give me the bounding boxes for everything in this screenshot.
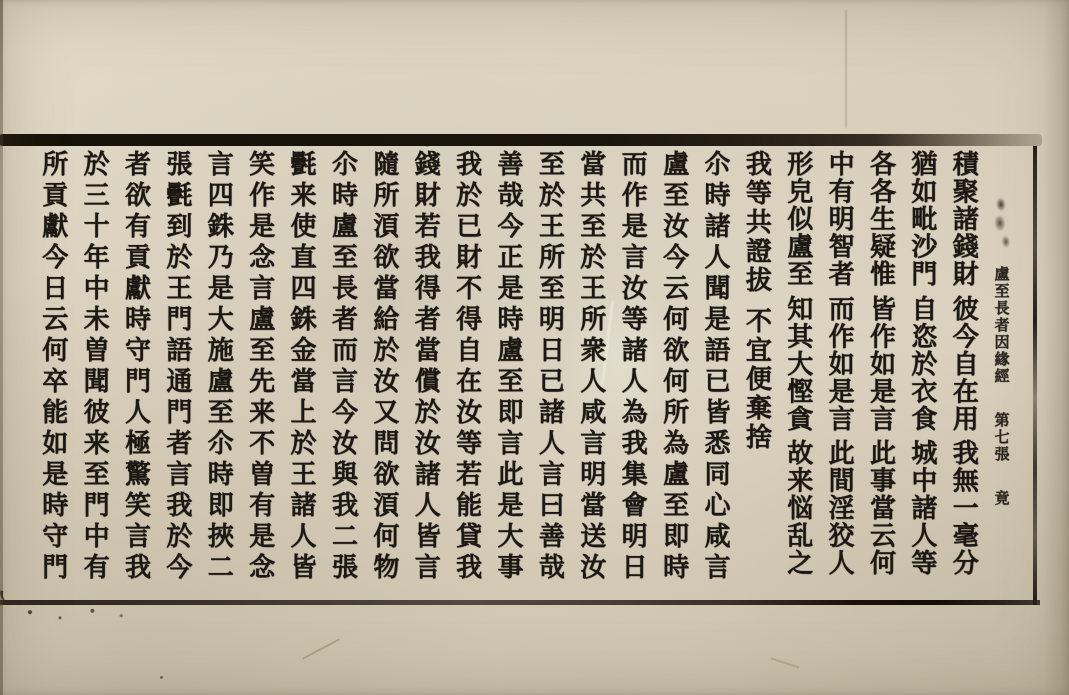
- text-segment: 知其大慳貪: [785, 295, 811, 433]
- text-column-text: 我於已財不得自在汝等若能貸我: [454, 150, 480, 584]
- text-segment: 皆作如是言: [868, 295, 894, 433]
- text-column-14: 錢財若我得者當償於汝諸人皆言: [405, 150, 446, 598]
- text-column-text: 盧至汝今云何欲何所為盧至即時: [661, 150, 687, 584]
- text-column-text: 㲲来使直四銖金當上於王諸人皆: [288, 150, 314, 584]
- sutra-page: 盧至長者因緣經 第七張 竟 積聚諸錢財彼今自在用我無一毫分猶如毗沙門自恣於衣食城…: [0, 0, 1069, 695]
- text-column-5: 形皃似盧至知其大慳貪故来悩乱之: [777, 150, 818, 598]
- text-column-18: 笑作是念言盧至先来不曽有是念: [239, 150, 280, 598]
- end-mark: 竟: [991, 490, 1012, 507]
- text-segment: 張㲲到於王門語通門者言我於今: [164, 150, 190, 584]
- text-segment: 盧至汝今云何欲何所為盧至即時: [661, 150, 687, 584]
- paper-fiber: [302, 638, 340, 659]
- text-column-13: 我於已財不得自在汝等若能貸我: [446, 150, 487, 598]
- text-column-text: 笑作是念言盧至先来不曽有是念: [247, 150, 273, 584]
- text-segment: 當共至於王所衆人咸言明當送汝: [578, 150, 604, 584]
- text-segment: 而作是言汝等諸人為我集會明日: [619, 150, 645, 584]
- text-segment: 故来悩乱之: [785, 439, 811, 577]
- text-column-text: 者欲有貢獻時守門人極驚笑言我: [122, 150, 148, 584]
- text-segment: 形皃似盧至: [785, 150, 811, 288]
- text-segment: 至於王所至明日已諸人言曰善哉: [536, 150, 562, 584]
- text-segment: 者欲有貢獻時守門人極驚笑言我: [122, 150, 148, 584]
- text-column-19: 言四銖乃是大施盧至尒時即挾二: [198, 150, 239, 598]
- text-column-text: 言四銖乃是大施盧至尒時即挾二: [205, 150, 231, 584]
- text-column-text: 形皃似盧至知其大慳貪故来悩乱之: [785, 150, 811, 577]
- text-column-text: 隨所湏欲當給於汝又問欲湏何物: [371, 150, 397, 584]
- text-segment: 我於已財不得自在汝等若能貸我: [454, 150, 480, 584]
- top-border-rule: [0, 134, 1042, 146]
- text-column-8: 盧至汝今云何欲何所為盧至即時: [653, 150, 694, 598]
- text-column-17: 㲲来使直四銖金當上於王諸人皆: [280, 150, 321, 598]
- text-segment: 彼今自在用: [950, 295, 976, 433]
- text-segment: 積聚諸錢財: [950, 150, 976, 288]
- text-segment: 善哉今正是時盧至即言此是大事: [495, 150, 521, 584]
- text-segment: 錢財若我得者當償於汝諸人皆言: [412, 150, 438, 584]
- text-segment: 而作如是言: [826, 295, 852, 433]
- text-column-text: 張㲲到於王門語通門者言我於今: [164, 150, 190, 584]
- text-column-23: 所貢獻今日云何卒能如是時守門: [32, 150, 73, 598]
- text-segment: 於三十年中未曽聞彼来至門中有: [81, 150, 107, 584]
- text-column-text: 善哉今正是時盧至即言此是大事: [495, 150, 521, 584]
- text-segment: 隨所湏欲當給於汝又問欲湏何物: [371, 150, 397, 584]
- text-column-22: 於三十年中未曽聞彼来至門中有: [73, 150, 114, 598]
- text-column-text: 我等共證拔不宜便棄捨: [743, 150, 769, 452]
- text-segment: 此間淫狡人: [826, 439, 852, 577]
- title-column: 盧至長者因緣經 第七張 竟: [984, 150, 1018, 598]
- text-column-text: 中有明智者而作如是言此間淫狡人: [826, 150, 852, 577]
- text-column-text: 所貢獻今日云何卒能如是時守門: [40, 150, 66, 584]
- text-column-1: 積聚諸錢財彼今自在用我無一毫分: [943, 150, 984, 598]
- text-column-11: 至於王所至明日已諸人言曰善哉: [529, 150, 570, 598]
- text-column-10: 當共至於王所衆人咸言明當送汝: [570, 150, 611, 598]
- text-segment: 不宜便棄捨: [743, 307, 769, 452]
- text-column-text: 而作是言汝等諸人為我集會明日: [619, 150, 645, 584]
- text-column-text: 於三十年中未曽聞彼来至門中有: [81, 150, 107, 584]
- text-column-text: 當共至於王所衆人咸言明當送汝: [578, 150, 604, 584]
- text-column-text: 錢財若我得者當償於汝諸人皆言: [412, 150, 438, 584]
- text-column-12: 善哉今正是時盧至即言此是大事: [487, 150, 528, 598]
- sheet-number-label: 第七張: [991, 412, 1012, 463]
- text-column-15: 隨所湏欲當給於汝又問欲湏何物: [363, 150, 404, 598]
- text-segment: 城中諸人等: [909, 439, 935, 577]
- text-segment: 言四銖乃是大施盧至尒時即挾二: [205, 150, 231, 584]
- paper-fiber: [770, 657, 799, 668]
- text-column-text: 尒時盧至長者而言今汝與我二張: [329, 150, 355, 584]
- column-group: 盧至長者因緣經 第七張 竟 積聚諸錢財彼今自在用我無一毫分猶如毗沙門自恣於衣食城…: [28, 150, 1018, 598]
- text-column-text: 猶如毗沙門自恣於衣食城中諸人等: [909, 150, 935, 577]
- text-segment: 我無一毫分: [950, 439, 976, 577]
- text-segment: 我等共證拔: [743, 150, 769, 295]
- text-column-4: 中有明智者而作如是言此間淫狡人: [818, 150, 859, 598]
- text-segment: 中有明智者: [826, 150, 852, 288]
- right-border-rule: [1033, 146, 1037, 605]
- text-segment: 所貢獻今日云何卒能如是時守門: [40, 150, 66, 584]
- text-segment: 㲲来使直四銖金當上於王諸人皆: [288, 150, 314, 584]
- paper-crease: [845, 10, 847, 128]
- text-segment: 猶如毗沙門: [909, 150, 935, 288]
- text-column-text: 尒時諸人聞是語已皆悉同心咸言: [702, 150, 728, 584]
- text-column-6: 我等共證拔不宜便棄捨: [736, 150, 777, 598]
- text-segment: 尒時盧至長者而言今汝與我二張: [329, 150, 355, 584]
- title-column-text: 盧至長者因緣經 第七張 竟: [991, 150, 1012, 507]
- page-right-edge-shade: [1043, 0, 1069, 695]
- text-column-9: 而作是言汝等諸人為我集會明日: [611, 150, 652, 598]
- text-column-text: 各各生疑惟皆作如是言此事當云何: [868, 150, 894, 577]
- text-column-3: 各各生疑惟皆作如是言此事當云何: [860, 150, 901, 598]
- bottom-border-rule: [0, 600, 1040, 605]
- text-column-16: 尒時盧至長者而言今汝與我二張: [322, 150, 363, 598]
- text-column-20: 張㲲到於王門語通門者言我於今: [156, 150, 197, 598]
- text-segment: 此事當云何: [868, 439, 894, 577]
- text-column-2: 猶如毗沙門自恣於衣食城中諸人等: [901, 150, 942, 598]
- sutra-title: 盧至長者因緣經: [991, 266, 1012, 385]
- ink-speck: [160, 676, 163, 679]
- text-segment: 尒時諸人聞是語已皆悉同心咸言: [702, 150, 728, 584]
- text-column-text: 至於王所至明日已諸人言曰善哉: [536, 150, 562, 584]
- text-column-7: 尒時諸人聞是語已皆悉同心咸言: [694, 150, 735, 598]
- text-segment: 笑作是念言盧至先来不曽有是念: [247, 150, 273, 584]
- page-left-edge: [0, 0, 3, 695]
- text-segment: 各各生疑惟: [868, 150, 894, 288]
- text-segment: 自恣於衣食: [909, 295, 935, 433]
- text-column-text: 積聚諸錢財彼今自在用我無一毫分: [950, 150, 976, 577]
- text-column-21: 者欲有貢獻時守門人極驚笑言我: [115, 150, 156, 598]
